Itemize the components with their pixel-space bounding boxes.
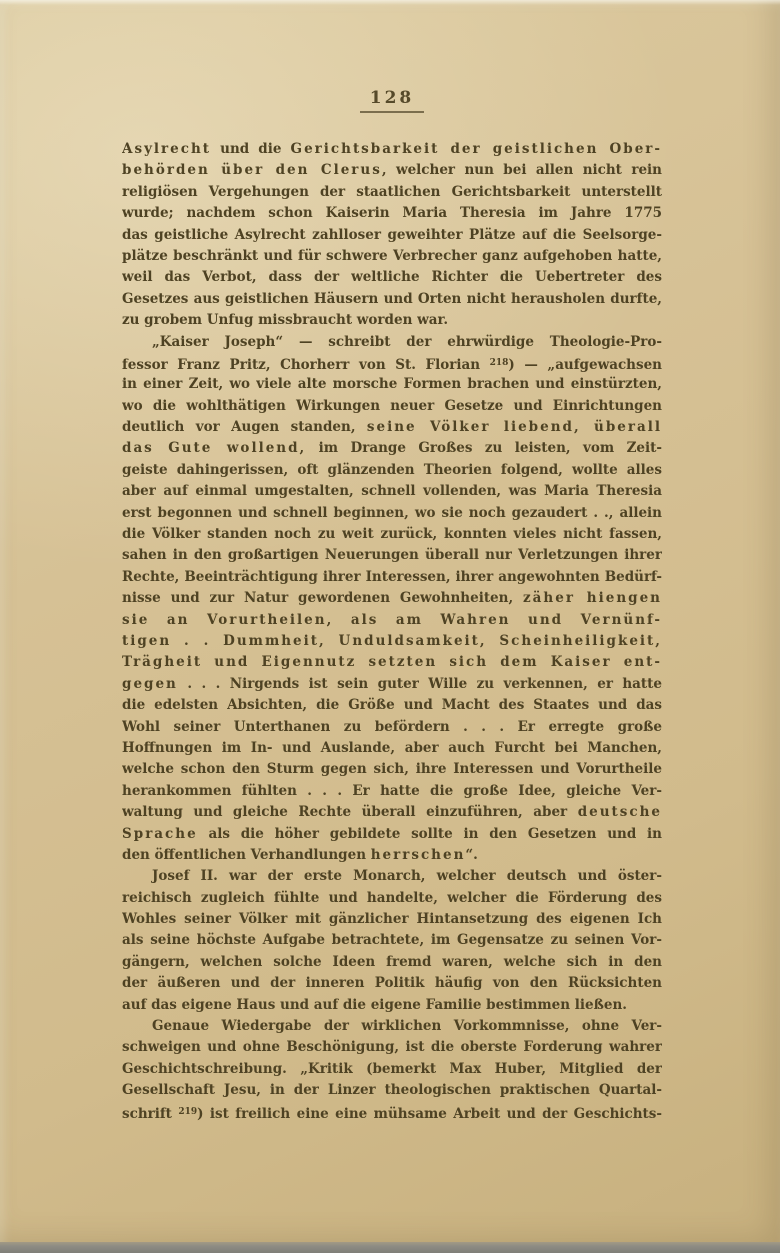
text-line: behörden über den Clerus, welcher nun be… (122, 160, 662, 181)
text-line: die Völker standen noch zu weit zurück, … (122, 524, 662, 545)
text-segment: gängern, welchen solche Ideen fremd ware… (122, 954, 662, 973)
text-segment: ) ist freilich eine eine mühsame Arbeit … (197, 1106, 662, 1122)
text-segment: sie an Vorurtheilen, als am Wahren und V… (122, 612, 662, 628)
text-line: Wohl seiner Unterthanen zu befördern . .… (122, 717, 662, 738)
text-segment: Sprache (122, 826, 198, 842)
text-line: wo die wohlthätigen Wirkungen neuer Gese… (122, 396, 662, 417)
text-line: aber auf einmal umgestalten, schnell vol… (122, 481, 662, 502)
text-line: zu grobem Unfug missbraucht worden war. (122, 310, 662, 331)
text-line: in einer Zeit, wo viele alte morsche For… (122, 374, 662, 395)
text-segment: erst begonnen und schnell beginnen, wo s… (122, 505, 662, 521)
text-line: religiösen Vergehungen der staatlichen G… (122, 182, 662, 203)
text-segment: Geschichtschreibung. „Kritik (bemerkt Ma… (122, 1061, 662, 1077)
text-segment: reichisch zugleich fühlte und handelte, … (122, 890, 662, 906)
text-segment: seine Völker liebend, überall (367, 419, 662, 435)
text-line: Josef II. war der erste Monarch, welcher… (122, 866, 662, 887)
footnote-reference: 218 (490, 358, 509, 368)
text-segment: wo die wohlthätigen Wirkungen neuer Gese… (122, 398, 662, 414)
text-segment: das Gute wollend, (122, 440, 306, 456)
text-segment: zäher hiengen (523, 590, 662, 606)
text-segment: behörden über den Clerus (122, 162, 382, 178)
paragraph: Asylrecht und die Gerichtsbarkeit der ge… (122, 139, 662, 332)
text-segment: auf das eigene Haus und auf die eigene F… (122, 997, 627, 1013)
text-line: Rechte, Beeinträchtigung ihrer Interesse… (122, 567, 662, 588)
text-segment: ) — „aufgewachsen (508, 357, 662, 373)
text-segment: “. (465, 847, 477, 863)
text-line: nisse und zur Natur gewordenen Gewohnhei… (122, 588, 662, 609)
text-line: das geistliche Asylrecht zahlloser gewei… (122, 225, 662, 246)
text-segment: das geistliche Asylrecht zahlloser gewei… (122, 227, 662, 243)
text-line: den öffentlichen Verhandlungen herrschen… (122, 845, 662, 866)
text-segment: Josef II. war der erste Monarch, welcher… (152, 868, 662, 884)
text-segment: und die (211, 141, 291, 157)
text-segment: fessor Franz Pritz, Chorherr von St. Flo… (122, 357, 490, 373)
text-block: Asylrecht und die Gerichtsbarkeit der ge… (122, 139, 662, 1123)
text-segment: sahen in den großartigen Neuerungen über… (122, 547, 662, 563)
text-line: erst begonnen und schnell beginnen, wo s… (122, 503, 662, 524)
text-line: gegen . . . Nirgends ist sein guter Will… (122, 674, 662, 695)
text-segment: herankommen fühlten . . . Er hatte die g… (122, 783, 662, 799)
text-segment: zu grobem Unfug missbraucht worden war. (122, 312, 448, 328)
text-line: schrift 219) ist freilich eine eine mühs… (122, 1102, 662, 1123)
text-segment: geiste dahingerissen, oft glänzenden The… (122, 462, 662, 478)
text-segment: . . . Nirgends ist sein guter Wille zu v… (178, 676, 662, 692)
text-segment: Hoffnungen im In- und Auslande, aber auc… (122, 740, 662, 756)
paragraph: Josef II. war der erste Monarch, welcher… (122, 866, 662, 1016)
text-line: deutlich vor Augen standen, seine Völker… (122, 417, 662, 438)
text-segment: die edelsten Absichten, die Größe und Ma… (122, 697, 662, 713)
text-segment: Gerichtsbarkeit der geistlichen Ober- (291, 141, 662, 157)
text-segment: nisse und zur Natur gewordenen Gewohnhei… (122, 590, 523, 606)
text-line: schweigen und ohne Beschönigung, ist die… (122, 1037, 662, 1058)
text-segment: waltung und gleiche Rechte überall einzu… (122, 804, 578, 820)
text-segment: welche schon den Sturm gegen sich, ihre … (122, 761, 662, 777)
text-line: Hoffnungen im In- und Auslande, aber auc… (122, 738, 662, 759)
text-line: Trägheit und Eigennutz setzten sich dem … (122, 652, 662, 673)
page-number: 128 (360, 88, 424, 113)
text-line: weil das Verbot, dass der weltliche Rich… (122, 267, 662, 288)
text-line: gängern, welchen solche Ideen fremd ware… (122, 952, 662, 973)
text-segment: , welcher nun bei allen nicht rein (382, 162, 662, 178)
text-line: Genaue Wiedergabe der wirklichen Vorkomm… (122, 1016, 662, 1037)
paragraph: Genaue Wiedergabe der wirklichen Vorkomm… (122, 1016, 662, 1123)
text-segment: weil das Verbot, dass der weltliche Rich… (122, 269, 662, 285)
text-line: Gesellschaft Jesu, in der Linzer theolog… (122, 1080, 662, 1101)
scan-edge-top (0, 0, 780, 5)
text-line: sahen in den großartigen Neuerungen über… (122, 545, 662, 566)
text-segment: wurde; nachdem schon Kaiserin Maria Ther… (122, 205, 662, 221)
text-segment: die Völker standen noch zu weit zurück, … (122, 526, 662, 542)
text-line: geiste dahingerissen, oft glänzenden The… (122, 460, 662, 481)
text-segment: Genaue Wiedergabe der wirklichen Vorkomm… (152, 1018, 662, 1034)
text-segment: schweigen und ohne Beschönigung, ist die… (122, 1039, 662, 1055)
text-segment: deutlich vor Augen standen, (122, 419, 367, 435)
text-segment: gegen (122, 676, 178, 692)
text-segment: religiösen Vergehungen der staatlichen G… (122, 184, 662, 200)
text-segment: als die höher gebildete sollte in den Ge… (198, 826, 662, 842)
scan-edge-bottom (0, 1242, 780, 1253)
text-line: das Gute wollend, im Drange Großes zu le… (122, 438, 662, 459)
text-line: tigen . . Dummheit, Unduldsamkeit, Schei… (122, 631, 662, 652)
text-line: Gesetzes aus geistlichen Häusern und Ort… (122, 289, 662, 310)
text-line: plätze beschränkt und für schwere Verbre… (122, 246, 662, 267)
text-segment: im Drange Großes zu leisten, vom Zeit- (306, 440, 662, 456)
text-line: welche schon den Sturm gegen sich, ihre … (122, 759, 662, 780)
text-segment: Asylrecht (122, 141, 211, 157)
text-line: Wohles seiner Völker mit gänzlicher Hint… (122, 909, 662, 930)
text-segment: Trägheit und Eigennutz setzten sich dem … (122, 654, 662, 670)
text-line: Sprache als die höher gebildete sollte i… (122, 824, 662, 845)
text-segment: Gesetzes aus geistlichen Häusern und Ort… (122, 291, 662, 307)
text-line: reichisch zugleich fühlte und handelte, … (122, 888, 662, 909)
text-segment: der äußeren und der inneren Politik häuf… (122, 975, 662, 991)
text-segment: tigen . . Dummheit, Unduldsamkeit, Schei… (122, 633, 662, 649)
text-segment: aber auf einmal umgestalten, schnell vol… (122, 483, 662, 499)
text-line: der äußeren und der inneren Politik häuf… (122, 973, 662, 994)
paragraph: „Kaiser Joseph“ — schreibt der ehrwürdig… (122, 332, 662, 867)
text-line: fessor Franz Pritz, Chorherr von St. Flo… (122, 353, 662, 374)
text-line: Asylrecht und die Gerichtsbarkeit der ge… (122, 139, 662, 160)
text-segment: Wohles seiner Völker mit gänzlicher Hint… (122, 911, 662, 927)
text-segment: Wohl seiner Unterthanen zu befördern . .… (122, 719, 662, 735)
text-segment: deutsche (578, 804, 662, 820)
text-line: sie an Vorurtheilen, als am Wahren und V… (122, 610, 662, 631)
text-line: wurde; nachdem schon Kaiserin Maria Ther… (122, 203, 662, 224)
text-segment: herrschen (371, 847, 466, 863)
text-segment: schrift (122, 1106, 178, 1122)
text-segment: Rechte, Beeinträchtigung ihrer Interesse… (122, 569, 662, 585)
text-segment: in einer Zeit, wo viele alte morsche For… (122, 376, 662, 392)
text-line: als seine höchste Aufgabe betrachtete, i… (122, 930, 662, 951)
text-segment: Gesellschaft Jesu, in der Linzer theolog… (122, 1082, 662, 1098)
text-segment: plätze beschränkt und für schwere Verbre… (122, 248, 662, 264)
text-line: auf das eigene Haus und auf die eigene F… (122, 995, 662, 1016)
text-segment: den öffentlichen Verhandlungen (122, 847, 371, 863)
text-line: waltung und gleiche Rechte überall einzu… (122, 802, 662, 823)
footnote-reference: 219 (178, 1107, 197, 1117)
text-line: Geschichtschreibung. „Kritik (bemerkt Ma… (122, 1059, 662, 1080)
page-content: 128 Asylrecht und die Gerichtsbarkeit de… (122, 88, 662, 1123)
text-segment: als seine höchste Aufgabe betrachtete, i… (122, 932, 662, 948)
text-segment: „Kaiser Joseph“ — schreibt der ehrwürdig… (152, 334, 662, 350)
text-line: „Kaiser Joseph“ — schreibt der ehrwürdig… (122, 332, 662, 353)
text-line: herankommen fühlten . . . Er hatte die g… (122, 781, 662, 802)
text-line: die edelsten Absichten, die Größe und Ma… (122, 695, 662, 716)
